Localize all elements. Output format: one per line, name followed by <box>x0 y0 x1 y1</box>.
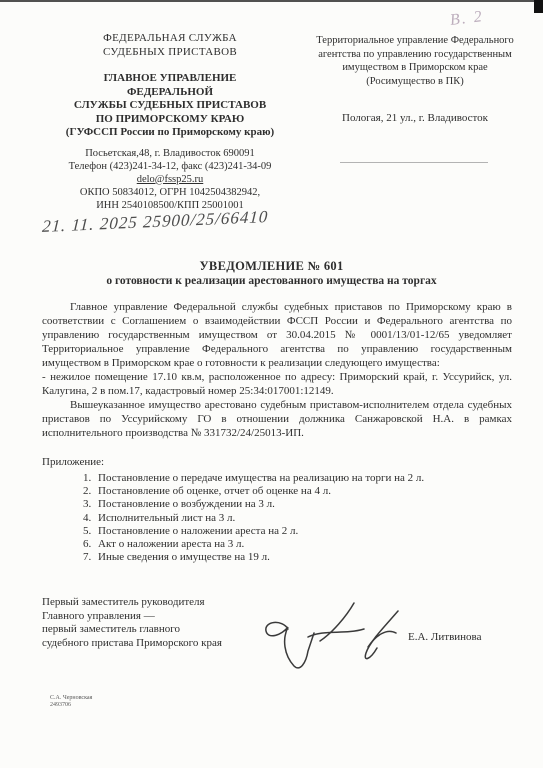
body-paragraph-1: Главное управление Федеральной службы су… <box>42 300 512 370</box>
reference-blank-line <box>340 162 488 163</box>
recipient-line: имуществом в Приморском крае <box>296 61 534 75</box>
sender-email-link[interactable]: delo@fssp25.ru <box>137 174 204 185</box>
recipient-line: (Росимущество в ПК) <box>296 75 534 89</box>
attachment-item: Постановление о наложении ареста на 2 л. <box>94 525 512 538</box>
sender-department-line: (ГУФССП России по Приморскому краю) <box>36 126 304 140</box>
sender-letterhead: ФЕДЕРАЛЬНАЯ СЛУЖБА СУДЕБНЫХ ПРИСТАВОВ ГЛ… <box>36 32 304 212</box>
title-subject: о готовности к реализации арестованного … <box>0 274 543 289</box>
executor-phone: 2493706 <box>50 702 92 709</box>
executor-name: С.А. Черновская <box>50 695 92 702</box>
attachments-heading: Приложение: <box>42 455 512 469</box>
sender-contacts: Посьетская,48, г. Владивосток 690091 Тел… <box>36 147 304 212</box>
letter-body: Главное управление Федеральной службы су… <box>42 300 512 564</box>
executor-note: С.А. Черновская 2493706 <box>50 695 92 709</box>
attachment-item: Постановление о возбуждении на 3 л. <box>94 498 512 511</box>
scan-edge-artifact <box>0 0 543 2</box>
sender-department-line: ПО ПРИМОРСКОМУ КРАЮ <box>36 113 304 127</box>
recipient-address: Пологая, 21 ул., г. Владивосток <box>296 112 534 124</box>
sender-okpo-ogrn: ОКПО 50834012, ОГРН 1042504382942, <box>36 186 304 199</box>
scan-corner-artifact <box>534 0 543 13</box>
property-description: - нежилое помещение 17.10 кв.м, располож… <box>42 370 512 398</box>
sender-service-line: СУДЕБНЫХ ПРИСТАВОВ <box>36 46 304 60</box>
scanned-letter-page: В. 2 ФЕДЕРАЛЬНАЯ СЛУЖБА СУДЕБНЫХ ПРИСТАВ… <box>0 0 543 768</box>
sender-department-line: ФЕДЕРАЛЬНОЙ <box>36 86 304 100</box>
document-title: УВЕДОМЛЕНИЕ № 601 о готовности к реализа… <box>0 259 543 289</box>
sender-department-line: СЛУЖБЫ СУДЕБНЫХ ПРИСТАВОВ <box>36 99 304 113</box>
title-number: УВЕДОМЛЕНИЕ № 601 <box>0 259 543 274</box>
attachment-item: Постановление об оценке, отчет об оценке… <box>94 485 512 498</box>
recipient-line: Территориальное управление Федерального <box>296 34 534 48</box>
pencil-annotation: В. 2 <box>449 8 485 30</box>
recipient-line: агентства по управлению государственным <box>296 48 534 62</box>
body-paragraph-2: Вышеуказанное имущество арестовано судеб… <box>42 398 512 440</box>
sender-service-line: ФЕДЕРАЛЬНАЯ СЛУЖБА <box>36 32 304 46</box>
attachment-item: Иные сведения о имуществе на 19 л. <box>94 551 512 564</box>
attachment-item: Исполнительный лист на 3 л. <box>94 512 512 525</box>
sender-phone-fax: Телефон (423)241-34-12, факс (423)241-34… <box>36 160 304 173</box>
sender-department: ГЛАВНОЕ УПРАВЛЕНИЕ ФЕДЕРАЛЬНОЙ СЛУЖБЫ СУ… <box>36 72 304 140</box>
signatory-name: Е.А. Литвинова <box>408 631 481 643</box>
attachment-item: Постановление о передаче имущества на ре… <box>94 472 512 485</box>
sender-department-line: ГЛАВНОЕ УПРАВЛЕНИЕ <box>36 72 304 86</box>
attachment-item: Акт о наложении ареста на 3 л. <box>94 538 512 551</box>
sender-address: Посьетская,48, г. Владивосток 690091 <box>36 147 304 160</box>
recipient-block: Территориальное управление Федерального … <box>296 34 534 124</box>
attachments-list: Постановление о передаче имущества на ре… <box>42 472 512 564</box>
